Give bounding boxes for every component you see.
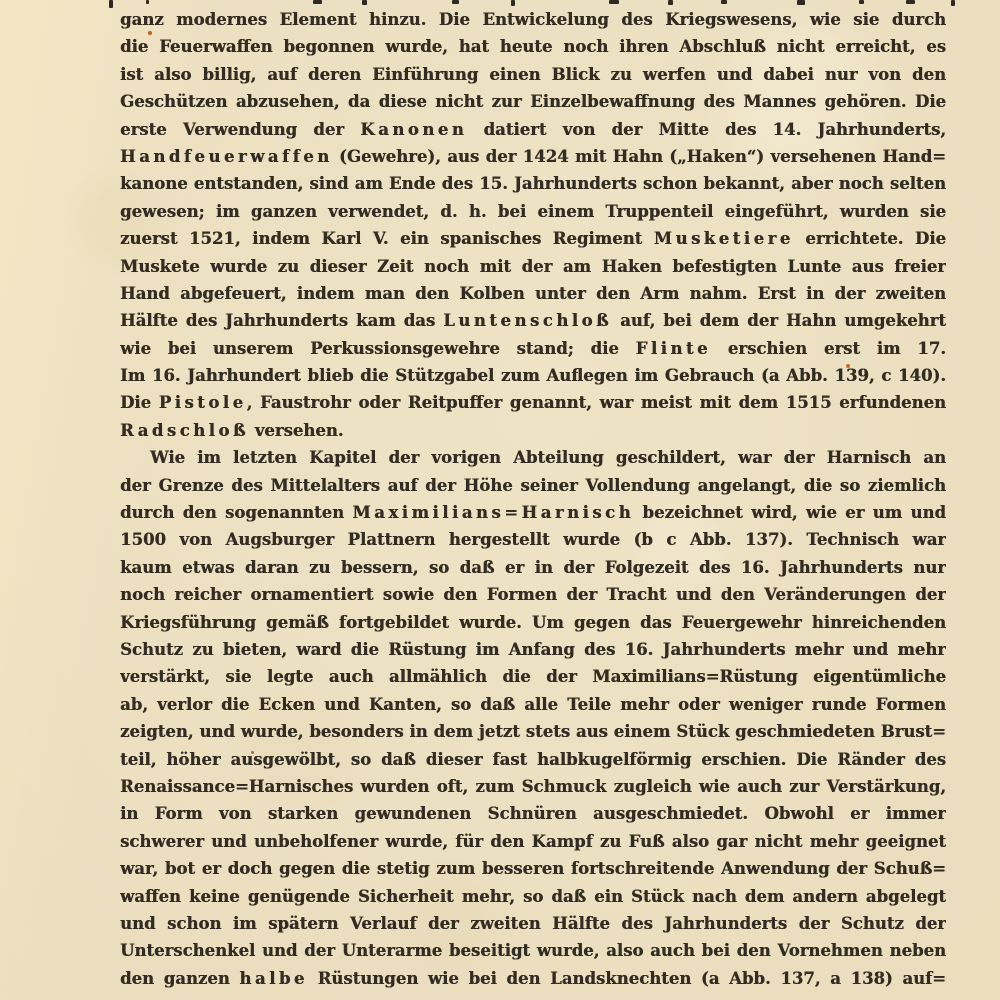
letterspaced-term: Radschloß [120,421,249,440]
text-line: zuerst 1521, indem Karl V. ein spanische… [120,225,946,252]
text-line: zeigten, und wurde, besonders in dem jet… [120,718,946,745]
text-line: Renaissance=Harnisches wurden oft, zum S… [120,773,946,800]
text-line: den ganzen halbe Rüstungen wie bei den L… [120,965,946,992]
text-line: wie bei unserem Perkussionsgewehre stand… [120,335,946,362]
text-line: gewesen; im ganzen verwendet, d. h. bei … [120,198,946,225]
text-line: ab, verlor die Ecken und Kanten, so daß … [120,691,946,718]
text-block: ganz modernes Element hinzu. Die Entwick… [120,6,946,992]
text-line: ist also billig, auf deren Einführung ei… [120,61,946,88]
text-line: ganz modernes Element hinzu. Die Entwick… [120,6,946,33]
text-line: Die Pistole, Faustrohr oder Reitpuffer g… [120,389,946,416]
text-line: 1500 von Augsburger Plattnern hergestell… [120,526,946,553]
letterspaced-term: Musketiere [654,229,794,248]
text-line: Hand abgefeuert, indem man den Kolben un… [120,280,946,307]
text-line: Hälfte des Jahrhunderts kam das Luntensc… [120,307,946,334]
text-line: noch reicher ornamentiert sowie den Form… [120,581,946,608]
text-line: erste Verwendung der Kanonen datiert von… [120,116,946,143]
letterspaced-term: Handfeuerwaffen [120,147,333,166]
letterspaced-term: Flinte [636,339,711,358]
text-line: war, bot er doch gegen die stetig zum be… [120,855,946,882]
paragraph: ganz modernes Element hinzu. Die Entwick… [120,6,946,444]
text-line: schwerer und unbeholfener wurde, für den… [120,828,946,855]
text-line: Kriegsführung gemäß fortgebildet wurde. … [120,609,946,636]
paragraph: Wie im letzten Kapitel der vorigen Abtei… [120,444,946,992]
text-line: der Grenze des Mittelalters auf der Höhe… [120,472,946,499]
text-line: durch den sogenannten Maximilians=Harnis… [120,499,946,526]
text-line: Unterschenkel und der Unterarme beseitig… [120,937,946,964]
text-line: kaum etwas daran zu bessern, so daß er i… [120,554,946,581]
text-line: Handfeuerwaffen (Gewehre), aus der 1424 … [120,143,946,170]
text-line: Radschloß versehen. [120,417,946,444]
text-line: Geschützen abzusehen, da diese nicht zur… [120,88,946,115]
book-page: ganz modernes Element hinzu. Die Entwick… [0,0,1000,1000]
text-line: und schon im spätern Verlauf der zweiten… [120,910,946,937]
text-line: in Form von starken gewundenen Schnüren … [120,800,946,827]
text-line: teil, höher ausgewölbt, so daß dieser fa… [120,746,946,773]
letterspaced-term: Luntenschloß [443,311,612,330]
text-line: Schutz zu bieten, ward die Rüstung im An… [120,636,946,663]
text-line: Im 16. Jahrhundert blieb die Stützgabel … [120,362,946,389]
letterspaced-term: Maximilians=Harnisch [352,503,634,522]
letterspaced-term: Kanonen [360,120,467,139]
text-line: Wie im letzten Kapitel der vorigen Abtei… [120,444,946,471]
letterspaced-term: halbe [239,969,308,988]
letterspaced-term: Pistole [159,393,247,412]
text-line: Muskete wurde zu dieser Zeit noch mit de… [120,253,946,280]
text-line: verstärkt, sie legte auch allmählich die… [120,663,946,690]
text-line: kanone entstanden, sind am Ende des 15. … [120,170,946,197]
text-line: die Feuerwaffen begonnen wurde, hat heut… [120,33,946,60]
text-line: waffen keine genügende Sicherheit mehr, … [120,883,946,910]
